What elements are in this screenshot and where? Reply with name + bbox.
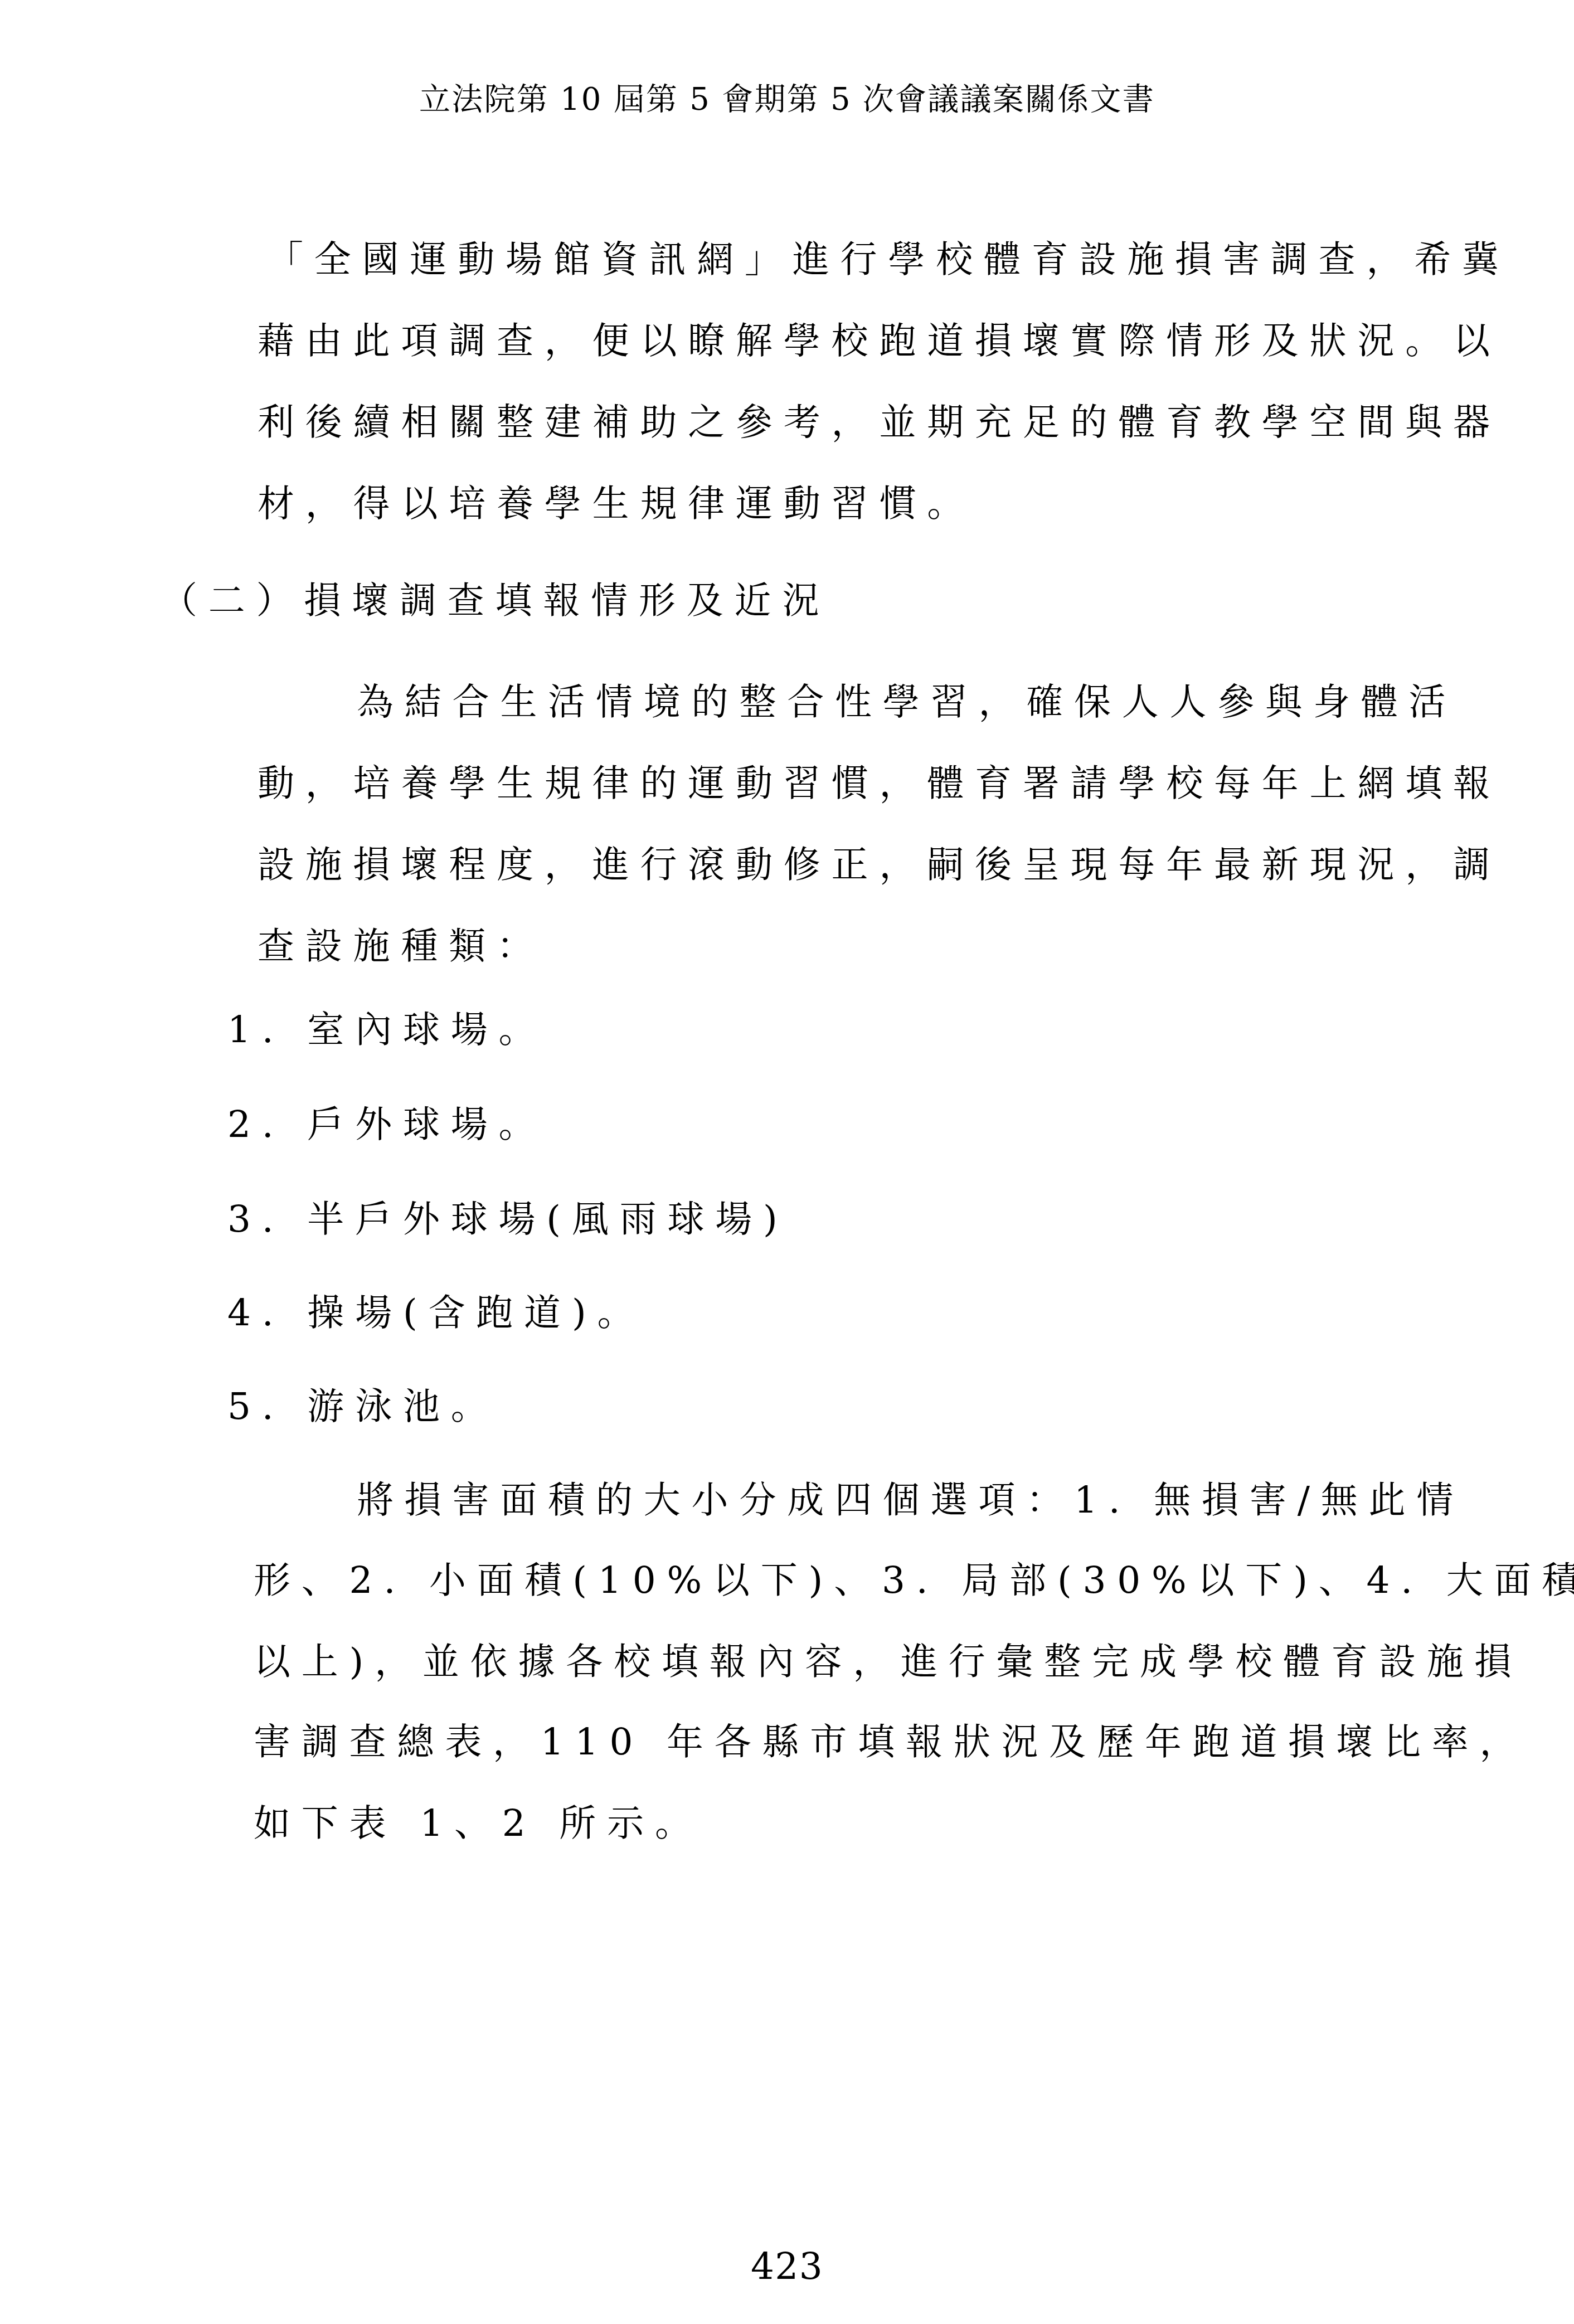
para3-line-2: 形、2. 小面積(10%以下)、3. 局部(30%以下)、4. 大面積(30% [254,1559,1574,1602]
para3-line-5: 如下表 1、2 所示。 [254,1802,703,1845]
page-number: 423 [0,2245,1574,2288]
list-item-5: 5. 游泳池。 [227,1385,499,1428]
list-item-1: 1. 室內球場。 [227,1009,546,1051]
para1-line-4: 材，得以培養學生規律運動習慣。 [258,483,975,525]
para1-line-3: 利後續相關整建補助之參考，並期充足的體育教學空間與器 [258,401,1501,444]
para2-line-2: 動，培養學生規律的運動習慣，體育署請學校每年上網填報 [258,762,1501,805]
list-item-3: 3. 半戶外球場(風雨球場) [227,1198,789,1241]
document-header: 立法院第 10 屆第 5 會期第 5 次會議議案關係文書 [0,82,1574,117]
para1-line-2: 藉由此項調查，便以瞭解學校跑道損壞實際情形及狀況。以 [258,320,1501,362]
list-item-4: 4. 操場(含跑道)。 [227,1292,645,1334]
para3-line-4: 害調查總表，110 年各縣市填報狀況及歷年跑道損壞比率， [254,1721,1527,1763]
para1-line-1: 「全國運動場館資訊網」進行學校體育設施損害調查，希冀 [266,239,1510,281]
para3-line-1: 將損害面積的大小分成四個選項：1. 無損害/無此情 [357,1479,1464,1521]
section-heading: （二）損壞調查填報情形及近況 [161,580,830,622]
list-item-2: 2. 戶外球場。 [227,1103,546,1146]
para3-line-3: 以上)，並依據各校填報內容，進行彙整完成學校體育設施損 [254,1641,1522,1683]
document-page: 立法院第 10 屆第 5 會期第 5 次會議議案關係文書 「全國運動場館資訊網」… [0,0,1574,2324]
para2-line-1: 為結合生活情境的整合性學習，確保人人參與身體活 [357,681,1456,723]
para2-line-4: 查設施種類： [258,925,545,967]
para2-line-3: 設施損壞程度，進行滾動修正，嗣後呈現每年最新現況，調 [258,844,1501,886]
